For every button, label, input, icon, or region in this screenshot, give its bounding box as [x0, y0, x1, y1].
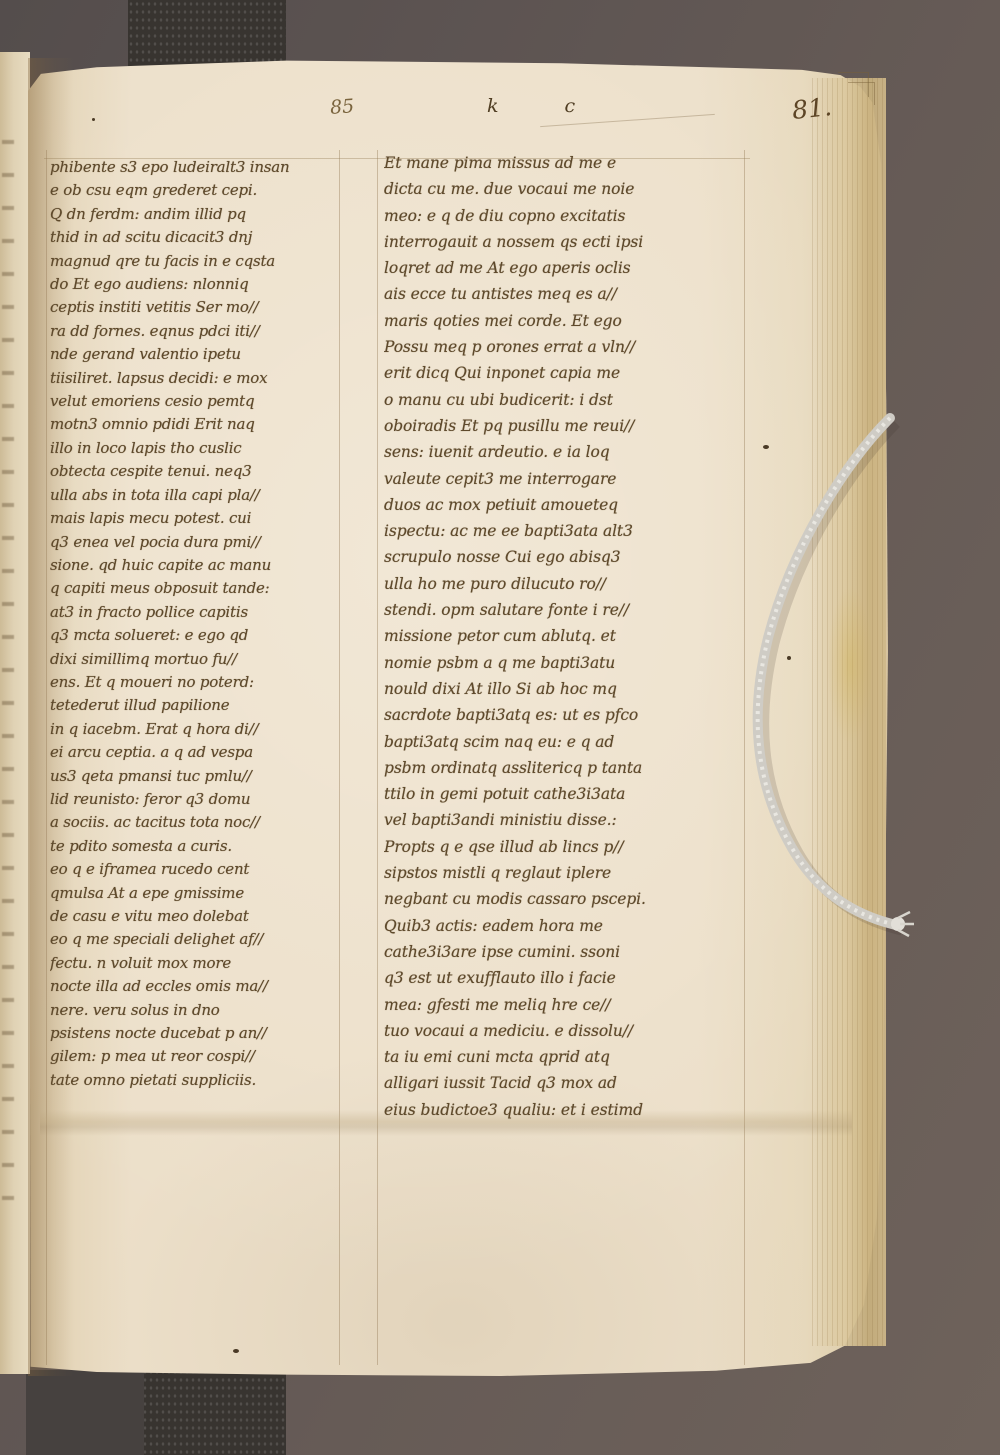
manuscript-line: qmulsa At a epe gmissime: [50, 882, 353, 905]
manuscript-line: o manu cu ubi budicerit: i dst: [384, 387, 752, 413]
manuscript-line: q capiti meus obposuit tande:: [50, 577, 353, 600]
folio-number-right: 81.: [791, 92, 834, 125]
manuscript-line: ulla ho me puro dilucuto ro//: [384, 571, 752, 597]
manuscript-line: maris qoties mei corde. Et ego: [384, 308, 752, 334]
manuscript-line: Et mane pima missus ad me e: [384, 150, 752, 176]
manuscript-line: meo: e q de diu copno excitatis: [384, 203, 752, 229]
manuscript-line: missione petor cum ablutq. et: [384, 623, 752, 649]
manuscript-line: ulla abs in tota illa capi pla//: [50, 484, 353, 507]
manuscript-line: tiisiliret. lapsus decidi: e mox: [50, 367, 353, 390]
manuscript-line: oboiradis Et pq pusillu me reui//: [384, 413, 752, 439]
manuscript-line: ais ecce tu antistes meq es a//: [384, 281, 752, 307]
text-column-left: phibente s3 epo ludeiralt3 insane ob csu…: [50, 156, 353, 1092]
manuscript-line: gilem: p mea ut reor cospi//: [50, 1045, 353, 1068]
ruling-line-column-divider: [377, 150, 378, 1365]
manuscript-line: magnud qre tu facis in e cqsta: [50, 250, 353, 273]
manuscript-line: de casu e vitu meo dolebat: [50, 905, 353, 928]
manuscript-line: loqret ad me At ego aperis oclis: [384, 255, 752, 281]
manuscript-line: duos ac mox petiuit amoueteq: [384, 492, 752, 518]
manuscript-line: obtecta cespite tenui. neq3: [50, 460, 353, 483]
ink-speck: [787, 656, 791, 660]
manuscript-line: erit dicq Qui inponet capia me: [384, 360, 752, 386]
manuscript-line: sens: iuenit ardeutio. e ia loq: [384, 439, 752, 465]
manuscript-line: phibente s3 epo ludeiralt3 insan: [50, 156, 353, 179]
manuscript-line: alligari iussit Tacid q3 mox ad: [384, 1070, 752, 1096]
cord-frayed-tip: [891, 912, 914, 936]
folio-number-left: 85: [329, 95, 355, 119]
manuscript-line: tetederut illud papilione: [50, 694, 353, 717]
manuscript-line: ttilo in gemi potuit cathe3i3ata: [384, 781, 752, 807]
foam-support-bottom: [142, 1368, 286, 1455]
ink-speck: [763, 445, 769, 449]
manuscript-line: nde gerand valentio ipetu: [50, 343, 353, 366]
text-column-right: Et mane pima missus ad me edicta cu me. …: [384, 150, 752, 1123]
manuscript-line: illo in loco lapis tho cuslic: [50, 437, 353, 460]
manuscript-line: tuo vocaui a mediciu. e dissolu//: [384, 1018, 752, 1044]
manuscript-line: a sociis. ac tacitus tota noc//: [50, 811, 353, 834]
manuscript-line: cathe3i3are ipse cumini. ssoni: [384, 939, 752, 965]
manuscript-line: te pdito somesta a curis.: [50, 835, 353, 858]
fore-edge-stain: [820, 560, 880, 770]
ruling-line-left-margin: [46, 150, 47, 1365]
manuscript-line: sacrdote bapti3atq es: ut es pfco: [384, 702, 752, 728]
manuscript-line: psbm ordinatq asslitericq p tanta: [384, 755, 752, 781]
manuscript-line: sione. qd huic capite ac manu: [50, 554, 353, 577]
manuscript-line: q3 est ut exufflauto illo i facie: [384, 965, 752, 991]
manuscript-line: stendi. opm salutare fonte i re//: [384, 597, 752, 623]
manuscript-line: ei arcu ceptia. a q ad vespa: [50, 741, 353, 764]
manuscript-line: motn3 omnio pdidi Erit naq: [50, 413, 353, 436]
manuscript-line: fectu. n voluit mox more: [50, 952, 353, 975]
manuscript-line: lid reunisto: feror q3 domu: [50, 788, 353, 811]
manuscript-line: vel bapti3andi ministiu disse.:: [384, 807, 752, 833]
manuscript-line: Propts q e qse illud ab lincs p//: [384, 834, 752, 860]
manuscript-line: do Et ego audiens: nlonniq: [50, 273, 353, 296]
manuscript-line: mea: gfesti me meliq hre ce//: [384, 992, 752, 1018]
manuscript-line: us3 qeta pmansi tuc pmlu//: [50, 765, 353, 788]
manuscript-line: Q dn ferdm: andim illid pq: [50, 203, 353, 226]
manuscript-line: e ob csu eqm grederet cepi.: [50, 179, 353, 202]
manuscript-line: velut emoriens cesio pemtq: [50, 390, 353, 413]
manuscript-line: negbant cu modis cassaro pscepi.: [384, 886, 752, 912]
manuscript-line: q3 enea vel pocia dura pmi//: [50, 531, 353, 554]
corner-page-step: [848, 82, 875, 105]
manuscript-line: Quib3 actis: eadem hora me: [384, 913, 752, 939]
manuscript-line: dixi simillimq mortuo fu//: [50, 648, 353, 671]
manuscript-line: bapti3atq scim naq eu: e q ad: [384, 729, 752, 755]
manuscript-line: ceptis institi vetitis Ser mo//: [50, 296, 353, 319]
manuscript-line: mais lapis mecu potest. cui: [50, 507, 353, 530]
ink-speck: [92, 118, 95, 121]
ink-speck: [233, 1349, 239, 1353]
manuscript-line: eius budictoe3 qualiu: et i estimd: [384, 1097, 752, 1123]
manuscript-line: tate omno pietati suppliciis.: [50, 1069, 353, 1092]
manuscript-line: ens. Et q moueri no poterd:: [50, 671, 353, 694]
quire-mark: k c: [487, 95, 605, 117]
manuscript-line: ispectu: ac me ee bapti3ata alt3: [384, 518, 752, 544]
manuscript-line: ta iu emi cuni mcta qprid atq: [384, 1044, 752, 1070]
manuscript-line: in q iacebm. Erat q hora di//: [50, 718, 353, 741]
manuscript-line: thid in ad scitu dicacit3 dnj: [50, 226, 353, 249]
manuscript-line: interrogauit a nossem qs ecti ipsi: [384, 229, 752, 255]
manuscript-line: scrupulo nosse Cui ego abisq3: [384, 544, 752, 570]
manuscript-line: ra dd fornes. eqnus pdci iti//: [50, 320, 353, 343]
manuscript-line: nomie psbm a q me bapti3atu: [384, 650, 752, 676]
manuscript-line: eo q e iframea rucedo cent: [50, 858, 353, 881]
manuscript-line: nocte illa ad eccles omis ma//: [50, 975, 353, 998]
manuscript-line: Possu meq p orones errat a vln//: [384, 334, 752, 360]
manuscript-line: eo q me speciali delighet af//: [50, 928, 353, 951]
cradle-strip: [26, 1370, 144, 1455]
manuscript-line: dicta cu me. due vocaui me noie: [384, 176, 752, 202]
manuscript-line: psistens nocte ducebat p an//: [50, 1022, 353, 1045]
manuscript-line: at3 in fracto pollice capitis: [50, 601, 353, 624]
manuscript-line: nere. veru solus in dno: [50, 999, 353, 1022]
manuscript-line: q3 mcta solueret: e ego qd: [50, 624, 353, 647]
previous-page-text-bleed: [2, 120, 14, 1220]
manuscript-line: nould dixi At illo Si ab hoc mq: [384, 676, 752, 702]
manuscript-line: valeute cepit3 me interrogare: [384, 466, 752, 492]
manuscript-line: sipstos mistli q reglaut iplere: [384, 860, 752, 886]
